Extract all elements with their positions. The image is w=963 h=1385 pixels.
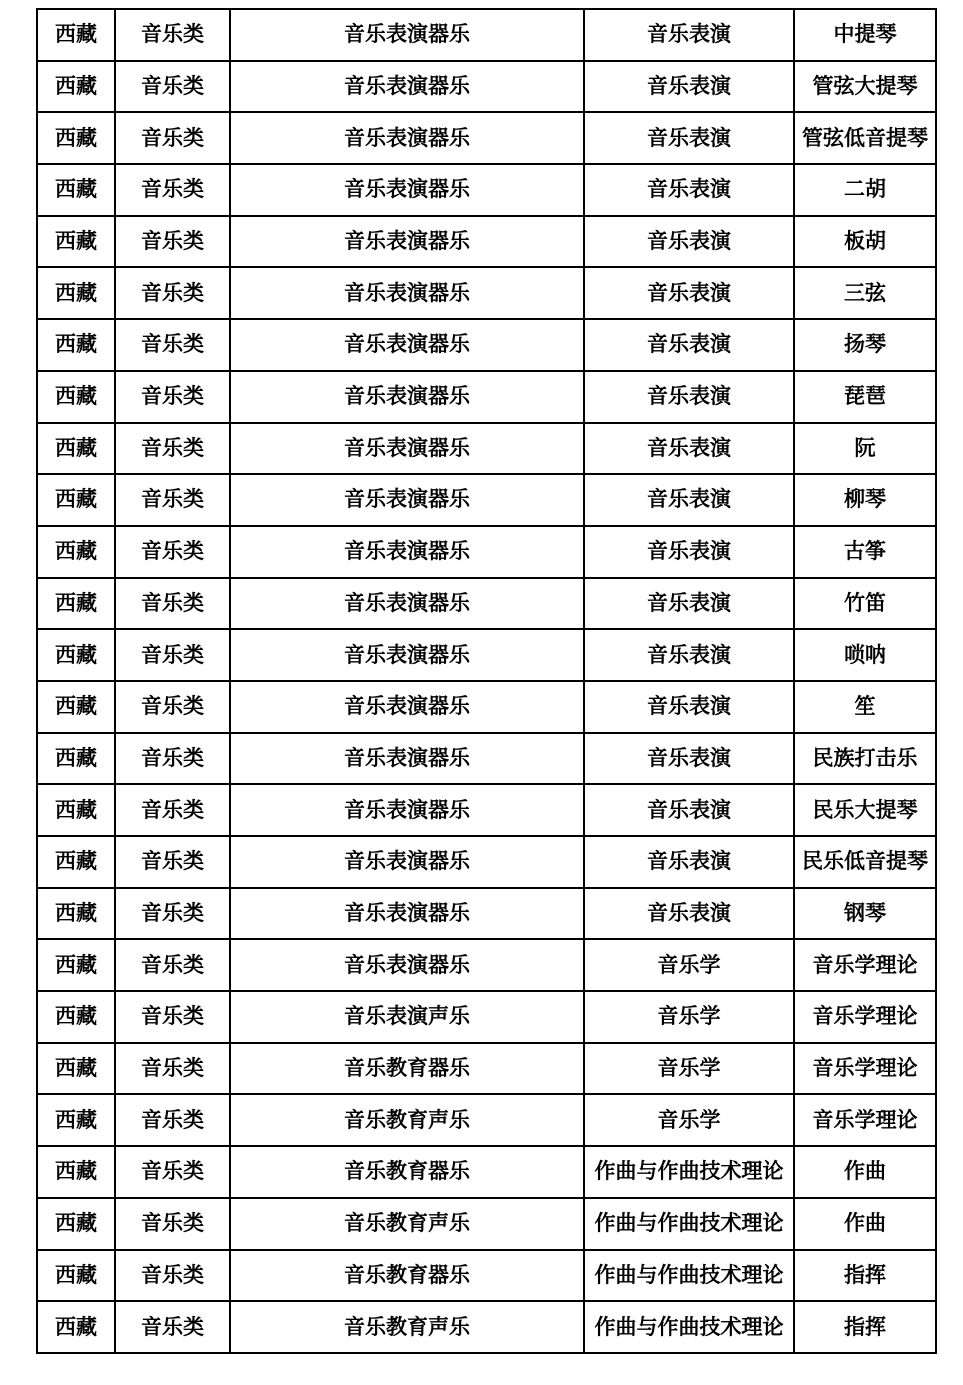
table-cell: 笙 [794,681,936,733]
table-row: 西藏音乐类音乐表演器乐音乐表演管弦大提琴 [37,61,936,113]
table-cell: 音乐学理论 [794,1043,936,1095]
table-cell: 西藏 [37,1043,115,1095]
table-cell: 西藏 [37,578,115,630]
table-cell: 音乐教育声乐 [230,1198,584,1250]
table-cell: 音乐类 [115,164,230,216]
table-cell: 音乐表演器乐 [230,61,584,113]
table-row: 西藏音乐类音乐表演器乐音乐表演管弦低音提琴 [37,112,936,164]
table-cell: 音乐教育器乐 [230,1250,584,1302]
table-cell: 音乐表演器乐 [230,319,584,371]
table-cell: 板胡 [794,216,936,268]
table-cell: 琵琶 [794,371,936,423]
table-cell: 西藏 [37,61,115,113]
table-cell: 音乐表演器乐 [230,629,584,681]
table-cell: 音乐表演 [584,784,794,836]
table-row: 西藏音乐类音乐表演器乐音乐表演板胡 [37,216,936,268]
table-cell: 西藏 [37,216,115,268]
table-cell: 音乐类 [115,578,230,630]
table-cell: 音乐类 [115,836,230,888]
table-cell: 西藏 [37,1094,115,1146]
table-cell: 管弦低音提琴 [794,112,936,164]
table-cell: 音乐类 [115,112,230,164]
table-cell: 音乐表演器乐 [230,681,584,733]
table-cell: 音乐表演器乐 [230,888,584,940]
table-row: 西藏音乐类音乐教育器乐作曲与作曲技术理论作曲 [37,1146,936,1198]
table-cell: 音乐表演器乐 [230,939,584,991]
table-cell: 音乐类 [115,526,230,578]
table-cell: 作曲 [794,1146,936,1198]
table-row: 西藏音乐类音乐表演器乐音乐表演钢琴 [37,888,936,940]
table-cell: 作曲与作曲技术理论 [584,1146,794,1198]
table-cell: 西藏 [37,991,115,1043]
table-cell: 音乐类 [115,61,230,113]
table-row: 西藏音乐类音乐表演器乐音乐表演笙 [37,681,936,733]
table-cell: 音乐表演 [584,9,794,61]
table-cell: 音乐表演 [584,164,794,216]
table-cell: 二胡 [794,164,936,216]
table-cell: 指挥 [794,1301,936,1353]
table-cell: 音乐类 [115,784,230,836]
table-row: 西藏音乐类音乐教育器乐作曲与作曲技术理论指挥 [37,1250,936,1302]
table-cell: 音乐表演器乐 [230,474,584,526]
table-cell: 西藏 [37,474,115,526]
table-cell: 音乐类 [115,733,230,785]
table-row: 西藏音乐类音乐表演器乐音乐表演民族打击乐 [37,733,936,785]
table-row: 西藏音乐类音乐表演器乐音乐表演民乐大提琴 [37,784,936,836]
table-cell: 中提琴 [794,9,936,61]
table-cell: 音乐表演器乐 [230,526,584,578]
table-cell: 西藏 [37,1146,115,1198]
table-cell: 民乐低音提琴 [794,836,936,888]
table-cell: 音乐表演 [584,216,794,268]
table-cell: 作曲与作曲技术理论 [584,1198,794,1250]
table-cell: 音乐学理论 [794,939,936,991]
table-cell: 音乐教育器乐 [230,1146,584,1198]
admissions-table: 西藏音乐类音乐表演器乐音乐表演中提琴西藏音乐类音乐表演器乐音乐表演管弦大提琴西藏… [36,8,937,1354]
table-cell: 音乐类 [115,1301,230,1353]
table-cell: 音乐表演器乐 [230,216,584,268]
table-cell: 音乐学 [584,939,794,991]
table-row: 西藏音乐类音乐表演器乐音乐表演阮 [37,423,936,475]
table-row: 西藏音乐类音乐表演器乐音乐表演扬琴 [37,319,936,371]
table-cell: 音乐教育器乐 [230,1043,584,1095]
table-cell: 音乐类 [115,1043,230,1095]
table-row: 西藏音乐类音乐表演器乐音乐表演琵琶 [37,371,936,423]
table-row: 西藏音乐类音乐表演器乐音乐表演唢呐 [37,629,936,681]
table-cell: 音乐表演器乐 [230,371,584,423]
table-cell: 音乐类 [115,1250,230,1302]
table-row: 西藏音乐类音乐表演器乐音乐表演竹笛 [37,578,936,630]
table-cell: 民族打击乐 [794,733,936,785]
table-cell: 音乐表演 [584,733,794,785]
table-cell: 音乐学 [584,1043,794,1095]
table-row: 西藏音乐类音乐表演器乐音乐表演民乐低音提琴 [37,836,936,888]
table-cell: 音乐表演器乐 [230,578,584,630]
table-cell: 西藏 [37,784,115,836]
table-cell: 西藏 [37,526,115,578]
table-cell: 音乐类 [115,319,230,371]
table-cell: 扬琴 [794,319,936,371]
table-cell: 音乐类 [115,939,230,991]
table-cell: 西藏 [37,1301,115,1353]
table-row: 西藏音乐类音乐表演器乐音乐表演二胡 [37,164,936,216]
table-cell: 音乐表演声乐 [230,991,584,1043]
table-row: 西藏音乐类音乐表演器乐音乐表演柳琴 [37,474,936,526]
table-cell: 音乐表演 [584,474,794,526]
table-cell: 音乐表演 [584,267,794,319]
table-cell: 钢琴 [794,888,936,940]
table-row: 西藏音乐类音乐表演器乐音乐表演三弦 [37,267,936,319]
table-cell: 音乐表演 [584,423,794,475]
table-row: 西藏音乐类音乐教育器乐音乐学音乐学理论 [37,1043,936,1095]
table-cell: 音乐表演 [584,61,794,113]
table-row: 西藏音乐类音乐教育声乐作曲与作曲技术理论指挥 [37,1301,936,1353]
table-cell: 音乐表演器乐 [230,112,584,164]
table-cell: 作曲 [794,1198,936,1250]
table-cell: 音乐类 [115,1146,230,1198]
table-cell: 音乐表演器乐 [230,784,584,836]
table-cell: 音乐教育声乐 [230,1301,584,1353]
table-cell: 音乐类 [115,991,230,1043]
table-cell: 音乐类 [115,681,230,733]
table-cell: 西藏 [37,733,115,785]
table-cell: 三弦 [794,267,936,319]
table-cell: 音乐表演器乐 [230,9,584,61]
table-cell: 西藏 [37,371,115,423]
table-cell: 柳琴 [794,474,936,526]
table-cell: 西藏 [37,836,115,888]
table-cell: 西藏 [37,319,115,371]
document-page: 西藏音乐类音乐表演器乐音乐表演中提琴西藏音乐类音乐表演器乐音乐表演管弦大提琴西藏… [0,0,963,1385]
table-cell: 西藏 [37,629,115,681]
table-row: 西藏音乐类音乐教育声乐音乐学音乐学理论 [37,1094,936,1146]
table-cell: 音乐类 [115,629,230,681]
table-cell: 指挥 [794,1250,936,1302]
table-cell: 音乐表演 [584,526,794,578]
table-cell: 音乐类 [115,216,230,268]
table-cell: 音乐类 [115,267,230,319]
table-cell: 竹笛 [794,578,936,630]
table-cell: 西藏 [37,423,115,475]
table-cell: 音乐类 [115,474,230,526]
table-row: 西藏音乐类音乐表演器乐音乐表演中提琴 [37,9,936,61]
table-cell: 音乐表演 [584,578,794,630]
table-cell: 音乐教育声乐 [230,1094,584,1146]
table-cell: 音乐表演器乐 [230,733,584,785]
table-cell: 西藏 [37,888,115,940]
table-cell: 音乐表演 [584,319,794,371]
table-cell: 音乐表演 [584,371,794,423]
table-cell: 音乐学 [584,991,794,1043]
table-row: 西藏音乐类音乐表演器乐音乐学音乐学理论 [37,939,936,991]
table-cell: 音乐类 [115,888,230,940]
table-cell: 音乐类 [115,1198,230,1250]
table-row: 西藏音乐类音乐教育声乐作曲与作曲技术理论作曲 [37,1198,936,1250]
table-cell: 音乐表演 [584,629,794,681]
table-cell: 西藏 [37,9,115,61]
table-cell: 西藏 [37,681,115,733]
table-cell: 音乐表演器乐 [230,164,584,216]
table-cell: 西藏 [37,1250,115,1302]
table-cell: 音乐表演 [584,112,794,164]
table-cell: 音乐表演 [584,888,794,940]
table-row: 西藏音乐类音乐表演声乐音乐学音乐学理论 [37,991,936,1043]
table-cell: 音乐表演 [584,681,794,733]
table-cell: 音乐类 [115,371,230,423]
table-cell: 管弦大提琴 [794,61,936,113]
table-cell: 作曲与作曲技术理论 [584,1250,794,1302]
table-cell: 民乐大提琴 [794,784,936,836]
table-cell: 西藏 [37,164,115,216]
table-body: 西藏音乐类音乐表演器乐音乐表演中提琴西藏音乐类音乐表演器乐音乐表演管弦大提琴西藏… [37,9,936,1353]
table-row: 西藏音乐类音乐表演器乐音乐表演古筝 [37,526,936,578]
table-cell: 音乐类 [115,9,230,61]
table-cell: 阮 [794,423,936,475]
table-cell: 音乐学理论 [794,991,936,1043]
table-cell: 音乐类 [115,423,230,475]
table-cell: 音乐学 [584,1094,794,1146]
table-cell: 作曲与作曲技术理论 [584,1301,794,1353]
table-cell: 唢呐 [794,629,936,681]
table-cell: 音乐学理论 [794,1094,936,1146]
table-cell: 西藏 [37,1198,115,1250]
table-cell: 音乐表演器乐 [230,423,584,475]
table-cell: 音乐类 [115,1094,230,1146]
table-cell: 古筝 [794,526,936,578]
table-cell: 西藏 [37,267,115,319]
table-cell: 音乐表演器乐 [230,836,584,888]
table-cell: 音乐表演 [584,836,794,888]
table-cell: 西藏 [37,939,115,991]
table-cell: 音乐表演器乐 [230,267,584,319]
table-cell: 西藏 [37,112,115,164]
